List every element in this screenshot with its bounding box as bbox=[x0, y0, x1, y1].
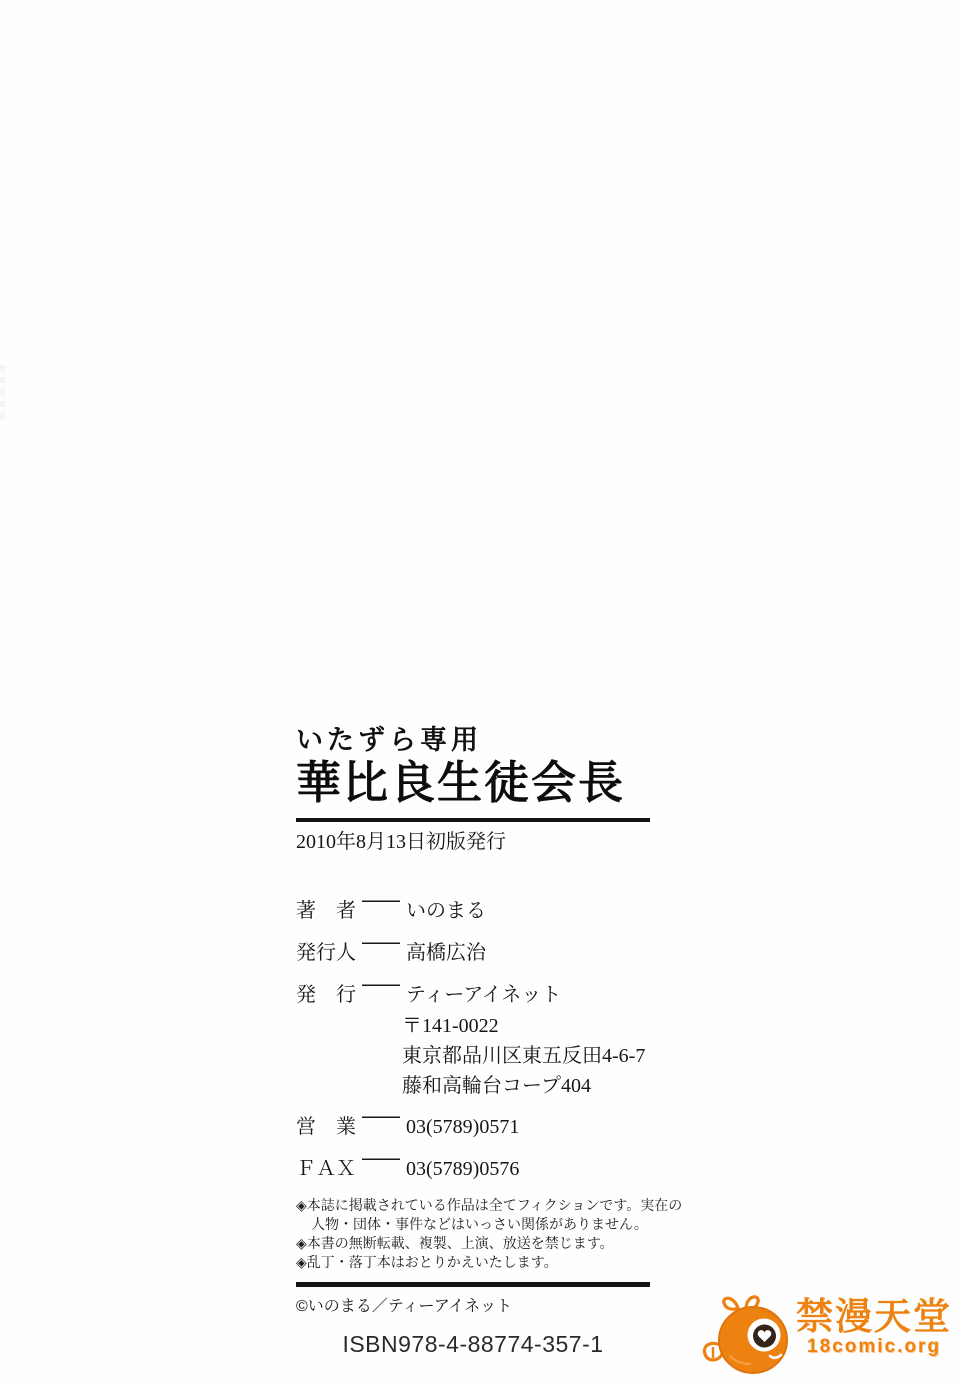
site-watermark: 禁漫天堂 18comic.org bbox=[700, 1290, 952, 1378]
scan-artifact bbox=[0, 365, 5, 420]
orange-whale-mascot-icon bbox=[700, 1290, 796, 1378]
dash-line: ―― bbox=[362, 969, 406, 1000]
copyright-line: ©いのまる／ティーアイネット bbox=[296, 1296, 650, 1318]
credit-label: 著 者 bbox=[296, 896, 362, 927]
book-subtitle: いたずら専用 bbox=[296, 724, 650, 756]
colophon-page: いたずら専用 華比良生徒会長 2010年8月13日初版発行 著 者――いのまる … bbox=[0, 0, 960, 1384]
contact-row-fax: ＦＡＸ――03(5789)0576 bbox=[296, 1143, 650, 1185]
isbn-number: ISBN978-4-88774-357-1 bbox=[296, 1331, 650, 1358]
credit-label: 発 行 bbox=[296, 980, 362, 1011]
credit-value: 高橋広治 bbox=[406, 942, 486, 964]
credit-row-author: 著 者――いのまる bbox=[296, 885, 650, 927]
watermark-site-name: 禁漫天堂 bbox=[796, 1298, 952, 1336]
divider-rule-top bbox=[296, 818, 650, 822]
edition-date: 2010年8月13日初版発行 bbox=[296, 830, 650, 854]
dash-line: ―― bbox=[362, 927, 406, 958]
publisher-address: 〒141-0022 東京都品川区東五反田4-6-7 藤和高輪台コープ404 bbox=[402, 1011, 650, 1101]
postal-code: 〒141-0022 bbox=[402, 1011, 650, 1041]
colophon-block: いたずら専用 華比良生徒会長 2010年8月13日初版発行 著 者――いのまる … bbox=[296, 724, 650, 1358]
dash-line: ―― bbox=[362, 1143, 406, 1174]
watermark-text: 禁漫天堂 18comic.org bbox=[796, 1290, 952, 1358]
contact-label: ＦＡＸ bbox=[296, 1154, 362, 1185]
note-no-reproduction: ◈本書の無断転載、複製、上演、放送を禁じます。 bbox=[296, 1235, 650, 1254]
address-line-2: 藤和高輪台コープ404 bbox=[402, 1071, 650, 1101]
contact-list: 営 業――03(5789)0571 ＦＡＸ――03(5789)0576 bbox=[296, 1101, 650, 1185]
contact-label: 営 業 bbox=[296, 1112, 362, 1143]
credit-label: 発行人 bbox=[296, 938, 362, 969]
contact-value: 03(5789)0576 bbox=[406, 1158, 519, 1180]
credit-row-publisher-person: 発行人――高橋広治 bbox=[296, 927, 650, 969]
address-line-1: 東京都品川区東五反田4-6-7 bbox=[402, 1041, 650, 1071]
credit-value: ティーアイネット bbox=[406, 984, 561, 1006]
credit-row-publisher: 発 行――ティーアイネット bbox=[296, 969, 650, 1011]
book-title: 華比良生徒会長 bbox=[296, 758, 650, 808]
watermark-site-url: 18comic.org bbox=[796, 1336, 952, 1358]
dash-line: ―― bbox=[362, 1101, 406, 1132]
credit-value: いのまる bbox=[406, 900, 486, 922]
note-fiction-disclaimer-cont: 人物・団体・事件などはいっさい関係がありません。 bbox=[296, 1216, 650, 1235]
credits-list: 著 者――いのまる 発行人――高橋広治 発 行――ティーアイネット bbox=[296, 885, 650, 1011]
legal-notes: ◈本誌に掲載されている作品は全てフィクションです。実在の 人物・団体・事件などは… bbox=[296, 1197, 650, 1273]
contact-row-sales: 営 業――03(5789)0571 bbox=[296, 1101, 650, 1143]
divider-rule-bottom bbox=[296, 1282, 650, 1287]
note-defective-copies: ◈乱丁・落丁本はおとりかえいたします。 bbox=[296, 1254, 650, 1273]
dash-line: ―― bbox=[362, 885, 406, 916]
contact-value: 03(5789)0571 bbox=[406, 1116, 519, 1138]
note-fiction-disclaimer: ◈本誌に掲載されている作品は全てフィクションです。実在の bbox=[296, 1197, 650, 1216]
